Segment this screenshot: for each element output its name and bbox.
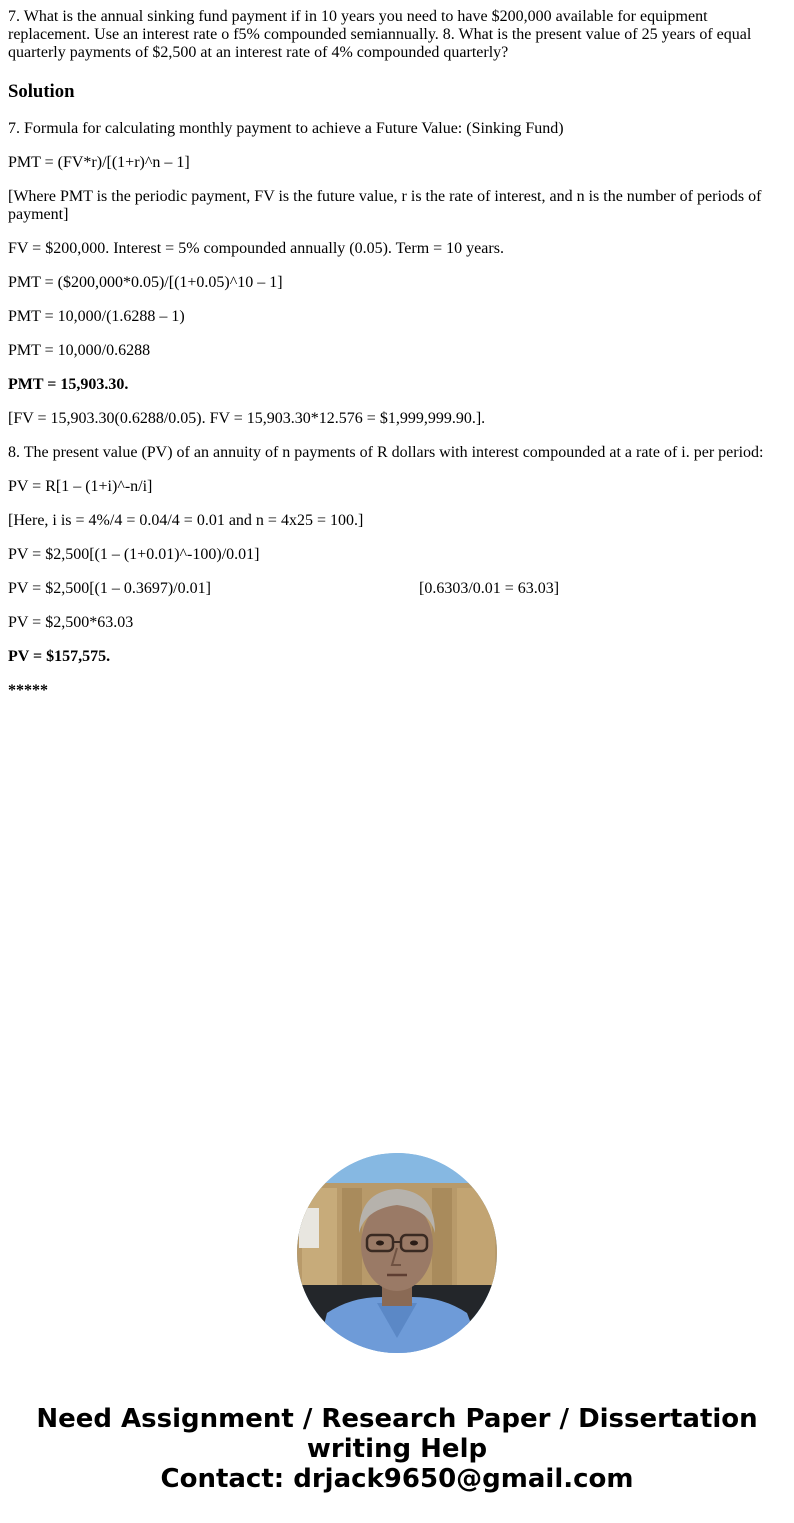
solution-line: PMT = ($200,000*0.05)/[(1+0.05)^10 – 1]: [8, 274, 786, 292]
solution-line: PV = $2,500[(1 – (1+0.01)^-100)/0.01]: [8, 546, 786, 564]
solution-result-pmt: PMT = 15,903.30.: [8, 376, 786, 394]
promo-line-2: writing Help: [0, 1434, 794, 1464]
solution-line-with-note: PV = $2,500[(1 – 0.3697)/0.01][0.6303/0.…: [8, 580, 786, 598]
solution-line: [Here, i is = 4%/4 = 0.04/4 = 0.01 and n…: [8, 512, 786, 530]
solution-line-main: PV = $2,500[(1 – 0.3697)/0.01]: [8, 580, 211, 597]
solution-side-note: [0.6303/0.01 = 63.03]: [419, 580, 559, 598]
solution-line: 7. Formula for calculating monthly payme…: [8, 120, 786, 138]
solution-line: PV = $2,500*63.03: [8, 614, 786, 632]
solution-line: PV = R[1 – (1+i)^-n/i]: [8, 478, 786, 496]
document-body: 7. What is the annual sinking fund payme…: [8, 8, 786, 700]
solution-result-pv: PV = $157,575.: [8, 648, 786, 666]
solution-line: PMT = 10,000/0.6288: [8, 342, 786, 360]
author-photo-icon: [297, 1153, 497, 1353]
question-text: 7. What is the annual sinking fund payme…: [8, 8, 786, 62]
solution-line: [Where PMT is the periodic payment, FV i…: [8, 188, 786, 224]
solution-heading: Solution: [8, 81, 786, 103]
solution-line: 8. The present value (PV) of an annuity …: [8, 444, 786, 462]
solution-line: [FV = 15,903.30(0.6288/0.05). FV = 15,90…: [8, 410, 786, 428]
solution-line: PMT = 10,000/(1.6288 – 1): [8, 308, 786, 326]
promo-contact-email: Contact: drjack9650@gmail.com: [0, 1464, 794, 1494]
end-marker: *****: [8, 682, 786, 700]
solution-line: PMT = (FV*r)/[(1+r)^n – 1]: [8, 154, 786, 172]
portrait-illustration: [297, 1153, 497, 1353]
contact-promo: Need Assignment / Research Paper / Disse…: [0, 1404, 794, 1494]
promo-line-1: Need Assignment / Research Paper / Disse…: [0, 1404, 794, 1434]
solution-line: FV = $200,000. Interest = 5% compounded …: [8, 240, 786, 258]
